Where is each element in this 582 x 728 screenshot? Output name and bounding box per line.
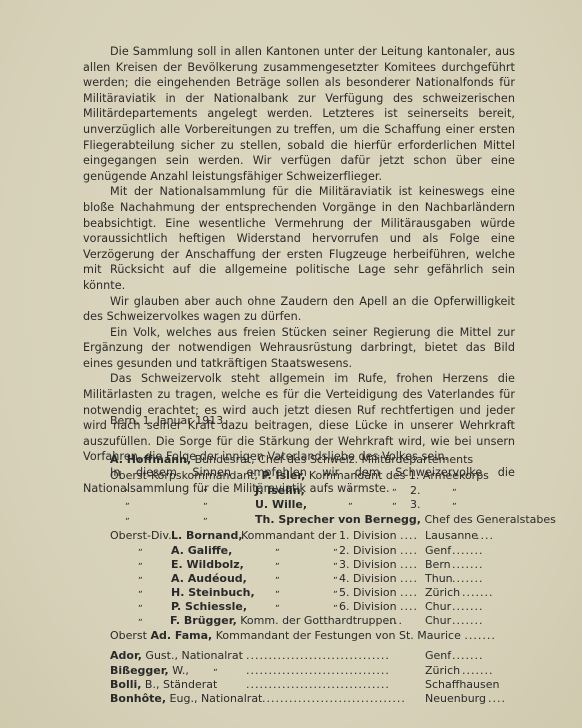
signatory-wille: „ „ U. Wille, „ „ 3. „	[0, 497, 582, 513]
city: Neuenburg	[425, 691, 486, 707]
signatory-name: Th. Sprecher von Bernegg,	[255, 513, 421, 526]
paragraph: Mit der Nationalsammlung für die Militär…	[83, 184, 515, 293]
ditto-mark: „	[452, 495, 457, 511]
signatory-bruegger: „ F. Brügger, Komm. der Gotthardtruppen …	[0, 613, 582, 629]
ditto-mark: „	[275, 597, 280, 613]
signatory-name: Ador,	[110, 649, 142, 662]
leader-dots: .......	[452, 613, 483, 629]
appeal-body: Die Sammlung soll in allen Kantonen unte…	[83, 44, 515, 496]
rank: Oberst-Korpskommandant,	[110, 469, 261, 482]
signatory-hoffmann: A. Hoffmann, Bundesrat, Chef des Schweiz…	[110, 452, 473, 468]
signatory-fama: Oberst Ad. Fama, Kommandant der Festunge…	[110, 628, 496, 644]
signatory-title: Gust., Nationalrat	[142, 649, 243, 662]
signatory-title: Kommandant des 1. Armeekorps	[305, 469, 489, 482]
member-row: Bonhôte, Eug., Nationalrat .............…	[0, 691, 582, 707]
leader-dots: ....	[385, 613, 403, 629]
signatory-name: A. Hoffmann,	[110, 453, 191, 466]
signatory-isler: Oberst-Korpskommandant, P. Isler, Komman…	[110, 468, 489, 484]
ditto-mark: „	[138, 611, 143, 627]
signatory-name: L. Bornand,	[171, 528, 243, 544]
signatory-title: Eug., Nationalrat	[166, 692, 262, 705]
ditto-mark: „	[125, 495, 130, 511]
signatory-title: B., Ständerat	[141, 678, 217, 691]
signatory-name: Bonhôte,	[110, 692, 166, 705]
ditto-mark: „	[125, 510, 130, 526]
signatory-title: Chef des Generalstabes	[421, 513, 556, 526]
signatory-name: P. Isler,	[261, 469, 305, 482]
leader-dots: ....	[488, 691, 506, 707]
leader-dots: ....	[400, 528, 418, 544]
rank: Oberst	[110, 629, 150, 642]
signatory-name: Bißegger,	[110, 664, 169, 677]
signatory-title: Komm. der Gotthardtruppen	[237, 614, 397, 627]
ditto-mark: „	[203, 495, 208, 511]
signatory-title: W.,	[169, 664, 189, 677]
leader-dots: .......	[464, 629, 495, 642]
city: Lausanne	[425, 528, 478, 544]
ditto-mark: „	[348, 495, 353, 511]
member-row: Ador, Gust., Nationalrat ...............…	[0, 648, 582, 664]
document-page: Die Sammlung soll in allen Kantonen unte…	[0, 0, 582, 728]
ditto-mark: „	[203, 510, 208, 526]
division-label: 1. Division	[339, 528, 397, 544]
signatory-name: U. Wille,	[255, 497, 307, 513]
corps-number: 3.	[410, 497, 421, 513]
leader-dots: ................................	[246, 648, 390, 664]
paragraph: Wir glauben aber auch ohne Zaudern den A…	[83, 294, 515, 325]
place-date: Bern, 1. Januar 1913.	[110, 414, 227, 427]
ditto-mark: „	[213, 661, 218, 677]
leader-dots: ................................	[262, 691, 406, 707]
paragraph: Die Sammlung soll in allen Kantonen unte…	[83, 44, 515, 184]
city: Chur	[425, 613, 451, 629]
signatory-title: Kommandant der	[241, 528, 336, 544]
ditto-mark: „	[333, 597, 338, 613]
signatory-name: Ad. Fama,	[150, 629, 212, 642]
leader-dots: ....	[476, 528, 494, 544]
signatory-title: Kommandant der Festungen von St. Maurice	[212, 629, 461, 642]
division-row: Oberst-Div. L. Bornand, Kommandant der 1…	[0, 528, 582, 544]
ditto-mark: „	[392, 495, 397, 511]
leader-dots: .......	[452, 648, 483, 664]
paragraph: Ein Volk, welches aus freien Stücken sei…	[83, 325, 515, 372]
signatory-name: Bolli,	[110, 678, 141, 691]
signatory-sprecher: „ „ Th. Sprecher von Bernegg, Chef des G…	[0, 512, 582, 528]
city: Genf	[425, 648, 451, 664]
signatory-name: F. Brügger,	[170, 614, 237, 627]
signatory-title: Bundesrat, Chef des Schweiz. Militärdepa…	[191, 453, 473, 466]
